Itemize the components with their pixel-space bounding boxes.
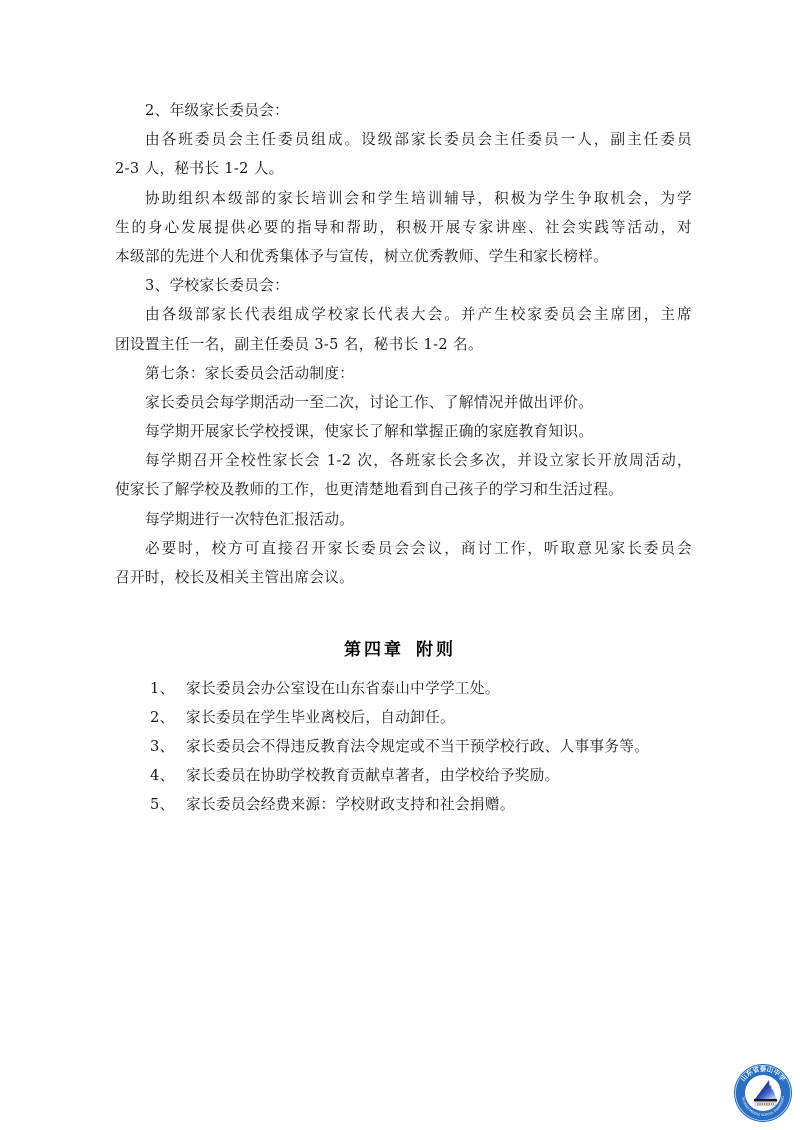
paragraph-line: 本级部的先进个人和优秀集体予与宣传，树立优秀教师、学生和家长榜样。 [115,242,692,271]
list-text: 家长委员会办公室设在山东省泰山中学学工处。 [186,680,500,697]
list-item: 4、家长委员在协助学校教育贡献卓著者，由学校给予奖励。 [150,761,710,790]
list-text: 家长委员会不得违反教育法令规定或不当干预学校行政、人事事务等。 [186,738,649,755]
paragraph-heading-school-committee: 3、学校家长委员会： [115,271,692,300]
paragraph-line: 每学期开展家长学校授课，使家长了解和掌握正确的家庭教育知识。 [115,417,692,446]
list-number: 4、 [150,761,186,790]
list-number: 3、 [150,732,186,761]
list-number: 1、 [150,674,186,703]
article-seven-heading: 第七条：家长委员会活动制度： [115,359,692,388]
document-body: 2、年级家长委员会： 由各班委员会主任委员组成。设级部家长委员会主任委员一人，副… [115,96,692,592]
paragraph-line: 由各级部家长代表组成学校家长代表大会。并产生校家委员会主席团，主席 [115,300,692,329]
paragraph-line: 每学期召开全校性家长会 1-2 次，各班家长会多次，并设立家长开放周活动， [115,446,692,475]
paragraph-line: 团设置主任一名，副主任委员 3-5 名，秘书长 1-2 名。 [115,330,692,359]
paragraph-line: 2-3 人，秘书长 1-2 人。 [115,154,692,183]
list-item: 1、家长委员会办公室设在山东省泰山中学学工处。 [150,674,710,703]
list-text: 家长委员会经费来源：学校财政支持和社会捐赠。 [186,796,515,813]
paragraph-line: 使家长了解学校及教师的工作，也更清楚地看到自己孩子的学习和生活过程。 [115,475,692,504]
chapter-number: 第四章 [344,640,404,660]
list-number: 5、 [150,790,186,819]
chapter-title: 附则 [416,640,456,660]
chapter-heading: 第四章附则 [0,637,800,663]
paragraph-line: 由各班委员会主任委员组成。设级部家长委员会主任委员一人，副主任委员 [115,125,692,154]
supplementary-articles-list: 1、家长委员会办公室设在山东省泰山中学学工处。 2、家长委员在学生毕业离校后，自… [150,674,710,819]
list-text: 家长委员在协助学校教育贡献卓著者，由学校给予奖励。 [186,767,560,784]
list-item: 3、家长委员会不得违反教育法令规定或不当干预学校行政、人事事务等。 [150,732,710,761]
list-text: 家长委员在学生毕业离校后，自动卸任。 [186,709,455,726]
paragraph-line: 每学期进行一次特色汇报活动。 [115,505,692,534]
paragraph-line: 必要时，校方可直接召开家长委员会会议，商讨工作，听取意见家长委员会 [115,534,692,563]
paragraph-line: 生的身心发展提供必要的指导和帮助，积极开展专家讲座、社会实践等活动，对 [115,213,692,242]
list-item: 2、家长委员在学生毕业离校后，自动卸任。 [150,703,710,732]
list-number: 2、 [150,703,186,732]
list-item: 5、家长委员会经费来源：学校财政支持和社会捐赠。 [150,790,710,819]
school-emblem-icon: 山东省泰山中学 TAI SHAN MIDDLE SCHOOL SHANDONG [733,1063,793,1123]
paragraph-line: 协助组织本级部的家长培训会和学生培训辅导，积极为学生争取机会，为学 [115,184,692,213]
paragraph-line: 召开时，校长及相关主管出席会议。 [115,563,692,592]
paragraph-line: 家长委员会每学期活动一至二次，讨论工作、了解情况并做出评价。 [115,388,692,417]
paragraph-heading-grade-committee: 2、年级家长委员会： [115,96,692,125]
